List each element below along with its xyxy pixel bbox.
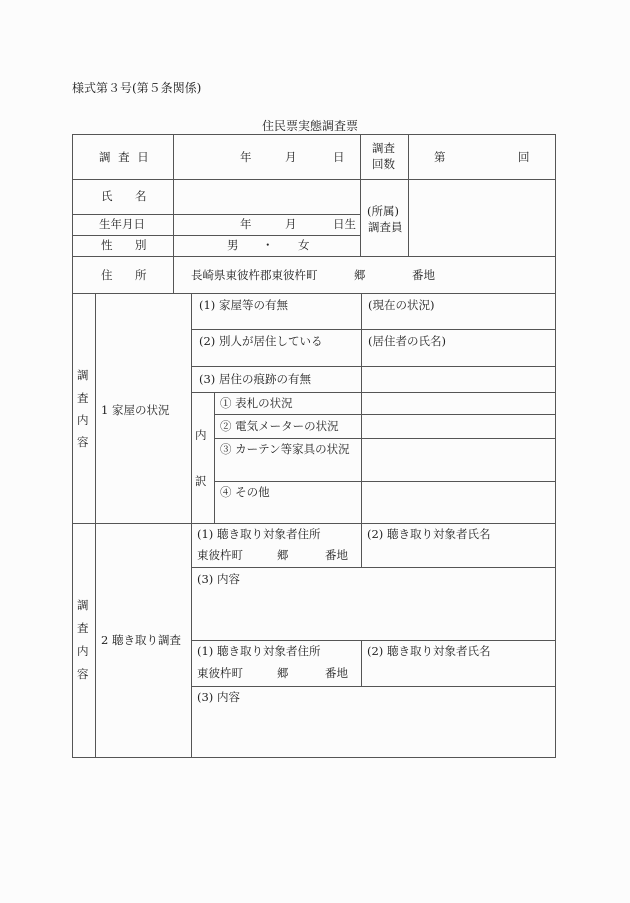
breakdown-label: 訳: [195, 476, 207, 488]
section-label: 調: [77, 600, 89, 612]
sex-male-option[interactable]: 男: [227, 240, 239, 252]
breakdown-item: ① 表札の状況: [220, 398, 293, 410]
row-divider: [191, 392, 556, 393]
breakdown-item: ② 電気メーターの状況: [220, 421, 339, 433]
row-divider: [214, 414, 556, 415]
col-divider: [360, 134, 361, 256]
col-divider: [408, 134, 409, 256]
house-item-label: (2) 別人が居住している: [199, 336, 322, 348]
row-divider: [191, 567, 556, 568]
col-divider: [191, 293, 192, 758]
address-banchi: 番地: [412, 270, 435, 282]
interview-content-label: (3) 内容: [197, 692, 240, 704]
interview-town: 東彼杵町: [197, 550, 243, 562]
interview-go: 郷: [277, 668, 289, 680]
row-divider: [191, 686, 556, 687]
address-prefix: 長崎県東彼杵郡東彼杵町: [191, 270, 318, 282]
interview-name-label: (2) 聴き取り対象者氏名: [367, 646, 490, 658]
survey-count-label: 回数: [372, 159, 395, 171]
col-divider: [361, 523, 362, 567]
interview-go: 郷: [277, 550, 289, 562]
col-divider: [173, 134, 174, 293]
birth-day-label: 日生: [333, 219, 356, 231]
survey-count-label: 調査: [372, 143, 395, 155]
sex-female-option[interactable]: 女: [298, 240, 310, 252]
row-divider: [72, 256, 556, 257]
name-label: 名: [135, 191, 147, 203]
row-divider: [214, 438, 556, 439]
sex-label: 性: [101, 240, 113, 252]
row-divider: [191, 366, 556, 367]
date-year-label: 年: [240, 152, 252, 164]
col-divider: [214, 392, 215, 523]
col-divider: [361, 293, 362, 523]
section-label: 内: [77, 646, 89, 658]
birth-year-label: 年: [240, 219, 252, 231]
count-suffix: 回: [518, 152, 530, 164]
row-divider: [191, 640, 556, 641]
breakdown-label: 内: [195, 430, 207, 442]
interview-address-label: (1) 聴き取り対象者住所: [197, 646, 320, 658]
interview-banchi: 番地: [325, 550, 348, 562]
section-label: 査: [77, 623, 89, 635]
address-label: 住: [101, 270, 113, 282]
house-item-label: (1) 家屋等の有無: [199, 300, 288, 312]
row-divider: [72, 214, 361, 215]
section-label: 容: [77, 437, 89, 449]
form-number: 様式第３号(第５条関係): [72, 82, 201, 94]
address-go: 郷: [354, 270, 366, 282]
interview-banchi: 番地: [325, 668, 348, 680]
row-divider: [72, 293, 556, 294]
sex-label: 別: [135, 240, 147, 252]
form-title: 住民票実態調査票: [262, 120, 358, 132]
row-divider: [72, 235, 361, 236]
row-divider: [72, 523, 556, 524]
house-item-note: (居住者の氏名): [368, 336, 446, 348]
survey-date-label: 調 査 日: [99, 152, 151, 164]
section-label: 調: [77, 370, 89, 382]
house-section-label: 1 家屋の状況: [101, 405, 169, 417]
row-divider: [214, 481, 556, 482]
name-label: 氏: [101, 191, 113, 203]
section-label: 査: [77, 393, 89, 405]
row-divider: [72, 179, 556, 180]
breakdown-item: ③ カーテン等家具の状況: [220, 444, 350, 456]
section-label: 内: [77, 415, 89, 427]
interview-section-label: 2 聴き取り調査: [101, 635, 181, 647]
date-month-label: 月: [285, 152, 297, 164]
interview-town: 東彼杵町: [197, 668, 243, 680]
section-label: 容: [77, 669, 89, 681]
interview-name-label: (2) 聴き取り対象者氏名: [367, 529, 490, 541]
count-prefix: 第: [434, 152, 446, 164]
sex-separator: ・: [262, 240, 274, 252]
date-day-label: 日: [333, 152, 345, 164]
house-item-label: (3) 居住の痕跡の有無: [199, 374, 311, 386]
investigator-label: (所属): [367, 206, 399, 218]
investigator-label: 調査員: [368, 222, 403, 234]
birth-label: 生年月日: [99, 219, 145, 231]
interview-content-label: (3) 内容: [197, 574, 240, 586]
birth-month-label: 月: [285, 219, 297, 231]
row-divider: [191, 329, 556, 330]
breakdown-item: ④ その他: [220, 487, 270, 499]
col-divider: [95, 293, 96, 758]
interview-address-label: (1) 聴き取り対象者住所: [197, 529, 320, 541]
col-divider: [361, 640, 362, 686]
address-label: 所: [135, 270, 147, 282]
house-item-note: (現在の状況): [368, 300, 434, 312]
